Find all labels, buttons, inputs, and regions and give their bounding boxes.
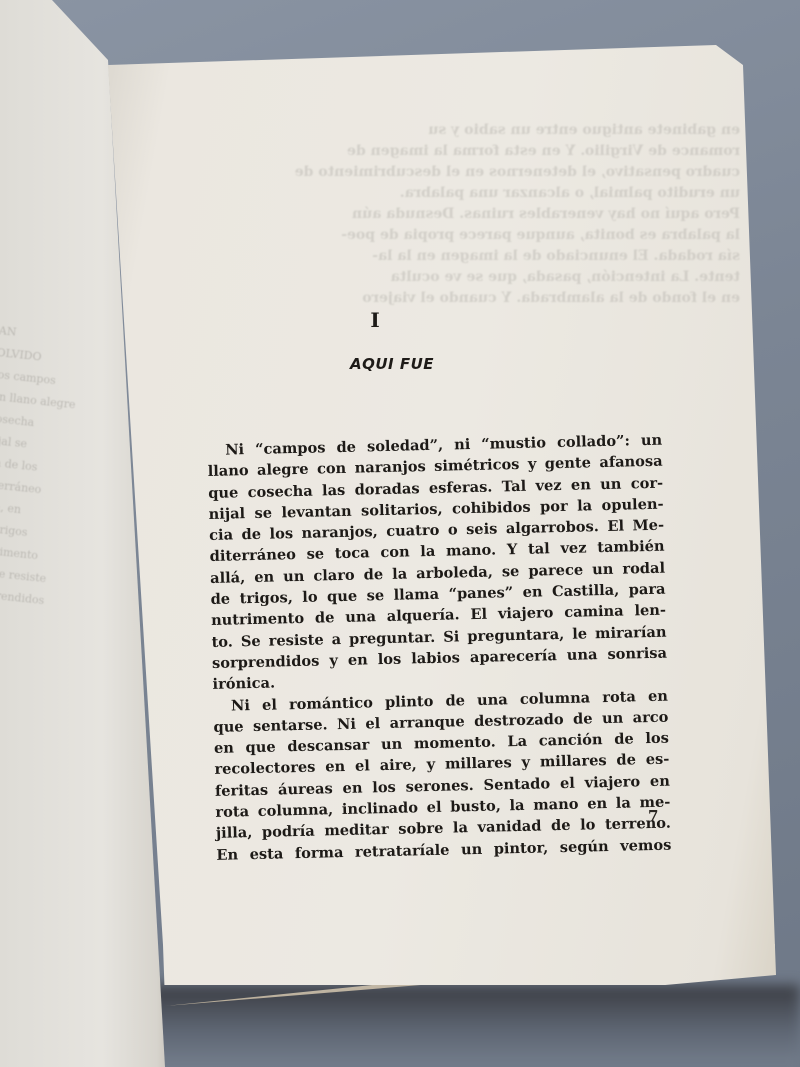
bleed-line: un erudito palmial, o alcanzar una palab… [180, 183, 740, 204]
book-shadow [150, 985, 800, 1067]
bleed-line: en gabinete antiguo entre un sabio y su [180, 120, 740, 141]
page-number: 7 [648, 807, 658, 825]
chapter-number: I [360, 308, 390, 332]
bleed-line: Pero aquí no hay venerables ruinas. Desn… [180, 204, 740, 225]
bleed-line: en el fondo de la alambrada. Y cuando el… [180, 288, 740, 309]
chapter-title: AQUI FUE [350, 355, 434, 373]
bleed-line: sía rodada. El enunciado de la imagen en… [180, 246, 740, 267]
bleed-line: la palabra es bonita, aunque parece prop… [180, 225, 740, 246]
bleed-line: tente. La intención, pasada, que se ve o… [180, 267, 740, 288]
bleed-line: romance de Virgilio. Y en esta forma la … [180, 141, 740, 162]
bleed-line: cuadro pensativo, el detenernos en el de… [180, 162, 740, 183]
bleed-through-text: en gabinete antiguo entre un sabio y su … [180, 120, 740, 309]
body-text: Ni “campos de soledad”, ni “mustio colla… [207, 430, 672, 866]
